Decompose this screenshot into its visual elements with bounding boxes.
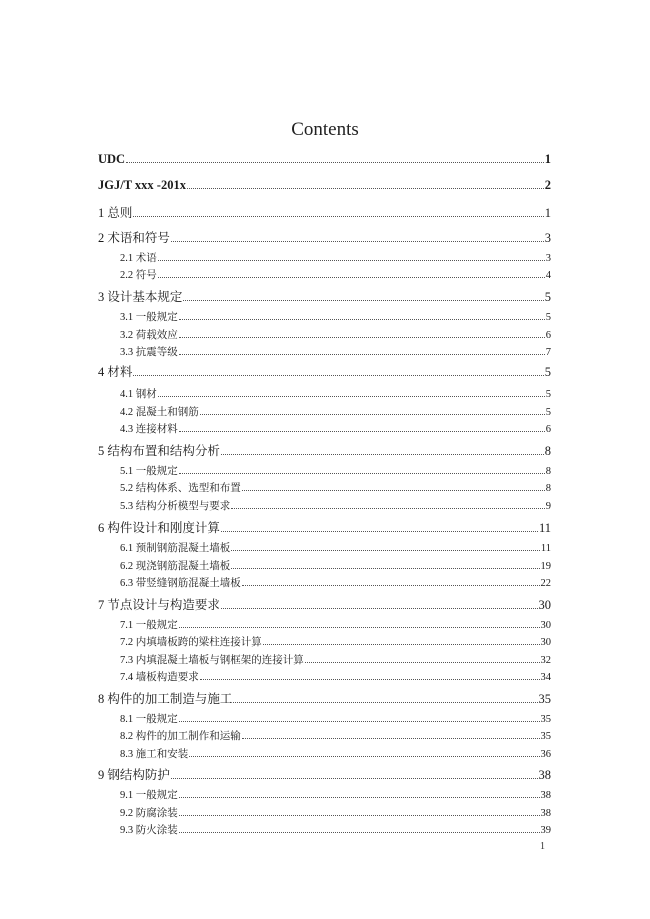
dot-leader — [158, 395, 545, 397]
dot-leader — [179, 814, 540, 816]
toc-entry-chapter-2[interactable]: 2 术语和符号3 — [98, 228, 551, 246]
toc-entry-page: 4 — [546, 270, 551, 281]
toc-entry-page: 5 — [546, 389, 551, 400]
toc-entry-label: 6.3 带竖缝钢筋混凝土墙板 — [120, 575, 241, 590]
toc-entry-page: 11 — [539, 521, 551, 536]
toc-entry-label: 8.2 构件的加工制作和运输 — [120, 728, 241, 743]
toc-entry-chapter-5[interactable]: 5 结构布置和结构分析8 — [98, 441, 551, 459]
dot-leader — [179, 430, 545, 432]
toc-entry-section-5-3[interactable]: 5.3 结构分析模型与要求9 — [120, 498, 551, 513]
toc-entry-page: 3 — [545, 231, 551, 246]
dot-leader — [263, 643, 540, 645]
toc-entry-label: 5.2 结构体系、选型和布置 — [120, 480, 241, 495]
toc-entry-page: 5 — [546, 407, 551, 418]
toc-entry-section-5-1[interactable]: 5.1 一般规定8 — [120, 463, 551, 478]
toc-entry-page: 38 — [539, 768, 552, 783]
toc-entry-page: 7 — [546, 347, 551, 358]
toc-entry-label: 2 术语和符号 — [98, 228, 170, 246]
dot-leader — [133, 215, 543, 217]
toc-entry-section-7-3[interactable]: 7.3 内填混凝土墙板与钢框架的连接计算32 — [120, 652, 551, 667]
toc-entry-label: 7.3 内填混凝土墙板与钢框架的连接计算 — [120, 652, 304, 667]
toc-entry-section-9-3[interactable]: 9.3 防火涂装39 — [120, 822, 551, 837]
dot-leader — [189, 755, 539, 757]
toc-entry-section-6-1[interactable]: 6.1 预制钢筋混凝土墙板11 — [120, 540, 551, 555]
toc-entry-label: 8.3 施工和安装 — [120, 746, 188, 761]
toc-entry-page: 35 — [539, 692, 552, 707]
dot-leader — [179, 796, 540, 798]
toc-entry-page: 5 — [545, 290, 551, 305]
dot-leader — [200, 678, 540, 680]
toc-entry-page: 30 — [539, 598, 552, 613]
toc-entry-label: 4.1 钢材 — [120, 386, 157, 401]
toc-entry-label: 3 设计基本规定 — [98, 287, 182, 305]
toc-entry-section-8-3[interactable]: 8.3 施工和安装36 — [120, 746, 551, 761]
toc-entry-label: 3.2 荷载效应 — [120, 327, 178, 342]
toc-entry-page: 38 — [541, 808, 552, 819]
dot-leader — [179, 626, 540, 628]
toc-entry-label: 7 节点设计与构造要求 — [98, 595, 220, 613]
toc-entry-page: 34 — [541, 672, 552, 683]
dot-leader — [158, 276, 545, 278]
toc-entry-label: 5.1 一般规定 — [120, 463, 178, 478]
toc-entry-jgj[interactable]: JGJ/T xxx -201x2 — [98, 178, 551, 193]
toc-entry-section-4-3[interactable]: 4.3 连接材料6 — [120, 421, 551, 436]
dot-leader — [179, 318, 545, 320]
table-of-contents: UDC1 JGJ/T xxx -201x2 1 总则1 2 术语和符号3 2.1… — [0, 0, 650, 919]
toc-entry-page: 39 — [541, 825, 552, 836]
dot-leader — [231, 567, 539, 569]
toc-entry-section-7-1[interactable]: 7.1 一般规定30 — [120, 617, 551, 632]
toc-entry-label: 6 构件设计和刚度计算 — [98, 518, 220, 536]
toc-entry-section-2-1[interactable]: 2.1 术语3 — [120, 250, 551, 265]
toc-entry-page: 6 — [546, 330, 551, 341]
dot-leader — [126, 161, 544, 163]
dot-leader — [183, 299, 543, 301]
dot-leader — [179, 472, 545, 474]
toc-entry-section-6-2[interactable]: 6.2 现浇钢筋混凝土墙板19 — [120, 558, 551, 573]
toc-entry-chapter-7[interactable]: 7 节点设计与构造要求30 — [98, 595, 551, 613]
toc-entry-label: UDC — [98, 152, 125, 167]
toc-entry-chapter-8[interactable]: 8 构件的加工制造与施工35 — [98, 689, 551, 707]
toc-entry-label: 7.1 一般规定 — [120, 617, 178, 632]
toc-entry-section-2-2[interactable]: 2.2 符号4 — [120, 267, 551, 282]
toc-entry-section-7-2[interactable]: 7.2 内填墙板跨的梁柱连接计算30 — [120, 634, 551, 649]
toc-entry-chapter-6[interactable]: 6 构件设计和刚度计算11 — [98, 518, 551, 536]
footer-page-number: 1 — [540, 841, 545, 852]
toc-entry-label: 5 结构布置和结构分析 — [98, 441, 220, 459]
toc-entry-page: 6 — [546, 424, 551, 435]
dot-leader — [179, 720, 540, 722]
toc-entry-label: 2.1 术语 — [120, 250, 157, 265]
dot-leader — [231, 549, 540, 551]
toc-entry-page: 8 — [545, 444, 551, 459]
toc-entry-label: 7.4 墙板构造要求 — [120, 669, 199, 684]
toc-entry-section-3-2[interactable]: 3.2 荷载效应6 — [120, 327, 551, 342]
toc-entry-label: 3.3 抗震等级 — [120, 344, 178, 359]
toc-entry-section-3-1[interactable]: 3.1 一般规定5 — [120, 309, 551, 324]
dot-leader — [171, 777, 538, 779]
toc-entry-section-8-2[interactable]: 8.2 构件的加工制作和运输35 — [120, 728, 551, 743]
dot-leader — [221, 453, 544, 455]
toc-entry-page: 36 — [541, 749, 552, 760]
toc-entry-label: 1 总则 — [98, 203, 132, 221]
dot-leader — [133, 374, 543, 376]
toc-entry-page: 19 — [541, 561, 552, 572]
toc-entry-page: 30 — [541, 637, 552, 648]
toc-entry-section-8-1[interactable]: 8.1 一般规定35 — [120, 711, 551, 726]
toc-entry-section-4-1[interactable]: 4.1 钢材5 — [120, 386, 551, 401]
toc-entry-chapter-1[interactable]: 1 总则1 — [98, 203, 551, 221]
toc-entry-page: 35 — [541, 731, 552, 742]
toc-entry-page: 1 — [545, 206, 551, 221]
toc-entry-label: 6.1 预制钢筋混凝土墙板 — [120, 540, 230, 555]
toc-entry-page: 35 — [541, 714, 552, 725]
toc-entry-page: 8 — [546, 466, 551, 477]
dot-leader — [179, 831, 540, 833]
dot-leader — [221, 530, 538, 532]
dot-leader — [179, 353, 545, 355]
dot-leader — [179, 336, 545, 338]
dot-leader — [171, 240, 544, 242]
toc-entry-label: 4.3 连接材料 — [120, 421, 178, 436]
dot-leader — [187, 187, 544, 189]
toc-entry-chapter-3[interactable]: 3 设计基本规定5 — [98, 287, 551, 305]
dot-leader — [200, 413, 545, 415]
toc-entry-page: 2 — [545, 178, 551, 193]
toc-entry-chapter-9[interactable]: 9 钢结构防护38 — [98, 765, 551, 783]
toc-entry-section-4-2[interactable]: 4.2 混凝土和钢筋5 — [120, 404, 551, 419]
toc-entry-page: 5 — [546, 312, 551, 323]
toc-entry-page: 22 — [541, 578, 552, 589]
toc-entry-label: 9.2 防腐涂装 — [120, 805, 178, 820]
dot-leader — [231, 507, 545, 509]
dot-leader — [242, 489, 545, 491]
toc-entry-label: 8 构件的加工制造与施工 — [98, 689, 232, 707]
dot-leader — [242, 584, 540, 586]
toc-entry-label: 5.3 结构分析模型与要求 — [120, 498, 230, 513]
toc-entry-page: 30 — [541, 620, 552, 631]
dot-leader — [233, 701, 537, 703]
toc-entry-section-6-3[interactable]: 6.3 带竖缝钢筋混凝土墙板22 — [120, 575, 551, 590]
toc-entry-label: 9.3 防火涂装 — [120, 822, 178, 837]
toc-entry-label: 4.2 混凝土和钢筋 — [120, 404, 199, 419]
toc-entry-label: 2.2 符号 — [120, 267, 157, 282]
toc-entry-page: 1 — [545, 152, 551, 167]
toc-entry-label: JGJ/T xxx -201x — [98, 178, 186, 193]
toc-entry-page: 5 — [545, 365, 551, 380]
toc-entry-chapter-4[interactable]: 4 材料5 — [98, 362, 551, 380]
toc-entry-page: 38 — [541, 790, 552, 801]
toc-entry-label: 9.1 一般规定 — [120, 787, 178, 802]
toc-entry-page: 3 — [546, 253, 551, 264]
toc-entry-section-9-2[interactable]: 9.2 防腐涂装38 — [120, 805, 551, 820]
toc-entry-label: 8.1 一般规定 — [120, 711, 178, 726]
toc-entry-udc[interactable]: UDC1 — [98, 152, 551, 167]
dot-leader — [158, 259, 545, 261]
toc-entry-page: 32 — [541, 655, 552, 666]
toc-entry-page: 8 — [546, 483, 551, 494]
toc-entry-label: 6.2 现浇钢筋混凝土墙板 — [120, 558, 230, 573]
toc-entry-page: 9 — [546, 501, 551, 512]
dot-leader — [305, 661, 540, 663]
toc-entry-label: 7.2 内填墙板跨的梁柱连接计算 — [120, 634, 262, 649]
toc-entry-label: 9 钢结构防护 — [98, 765, 170, 783]
toc-entry-section-3-3[interactable]: 3.3 抗震等级7 — [120, 344, 551, 359]
dot-leader — [221, 607, 538, 609]
toc-entry-section-7-4[interactable]: 7.4 墙板构造要求34 — [120, 669, 551, 684]
toc-entry-section-9-1[interactable]: 9.1 一般规定38 — [120, 787, 551, 802]
toc-entry-section-5-2[interactable]: 5.2 结构体系、选型和布置8 — [120, 480, 551, 495]
toc-entry-page: 11 — [541, 543, 551, 554]
toc-entry-label: 3.1 一般规定 — [120, 309, 178, 324]
toc-entry-label: 4 材料 — [98, 362, 132, 380]
dot-leader — [242, 737, 540, 739]
